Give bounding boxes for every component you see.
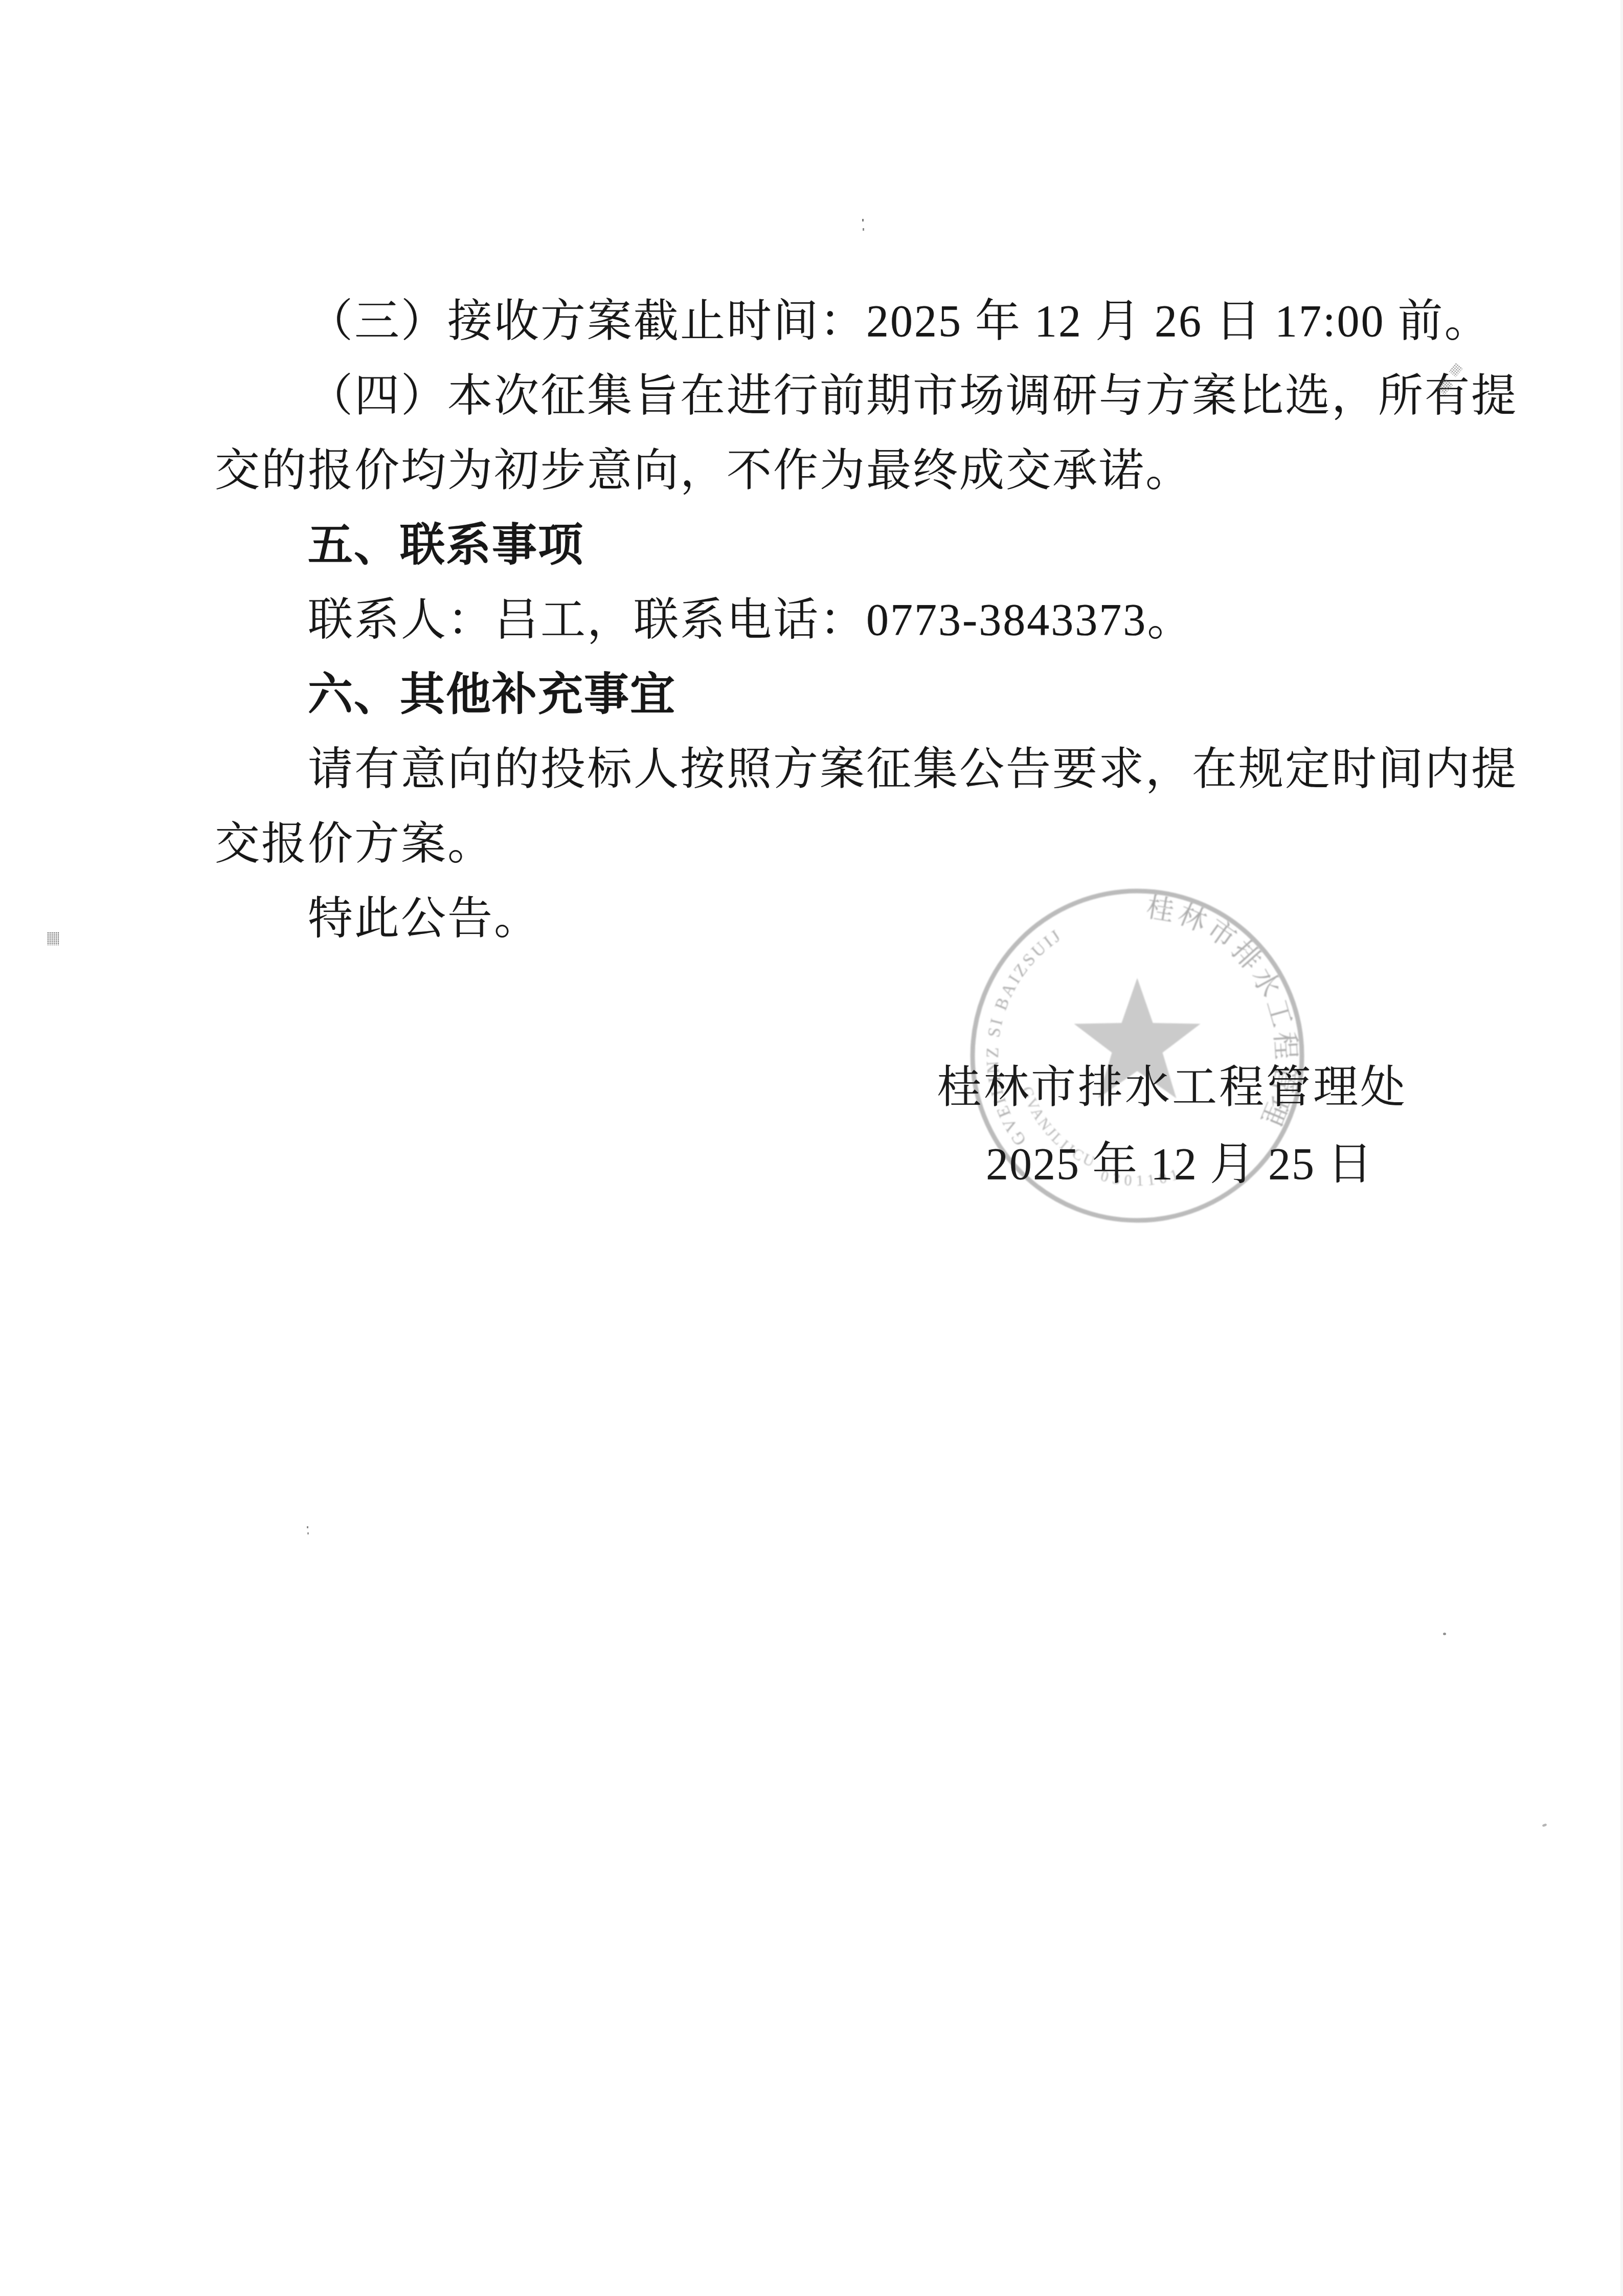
body-line: 交的报价均为初步意向，不作为最终成交承诺。 bbox=[215, 434, 1437, 508]
scan-speck bbox=[863, 228, 864, 231]
scanned-document-page: （三）接收方案截止时间：2025 年 12 月 26 日 17:00 前。（四）… bbox=[0, 0, 1623, 2296]
scan-speck bbox=[307, 1532, 309, 1534]
signature-date: 2025 年 12 月 25 日 bbox=[986, 1136, 1373, 1193]
scan-speck bbox=[1443, 1633, 1446, 1635]
body-line: 交报价方案。 bbox=[215, 807, 1437, 882]
body-line: 六、其他补充事宜 bbox=[215, 658, 1437, 732]
scan-edge-shadow bbox=[1620, 0, 1623, 2296]
body-line: （四）本次征集旨在进行前期市场调研与方案比选，所有提 bbox=[215, 359, 1437, 434]
body-line: 联系人：吕工，联系电话：0773-3843373。 bbox=[215, 583, 1437, 658]
scan-speck bbox=[307, 1526, 308, 1528]
body-text: （三）接收方案截止时间：2025 年 12 月 26 日 17:00 前。（四）… bbox=[215, 284, 1437, 956]
scan-speck bbox=[47, 932, 59, 945]
scan-speck bbox=[862, 219, 864, 221]
body-line: 五、联系事项 bbox=[215, 508, 1437, 583]
body-line: （三）接收方案截止时间：2025 年 12 月 26 日 17:00 前。 bbox=[215, 284, 1437, 359]
body-line: 请有意向的投标人按照方案征集公告要求，在规定时间内提 bbox=[215, 732, 1437, 807]
scan-speck bbox=[1542, 1823, 1547, 1827]
signature-org: 桂林市排水工程管理处 bbox=[937, 1060, 1407, 1116]
